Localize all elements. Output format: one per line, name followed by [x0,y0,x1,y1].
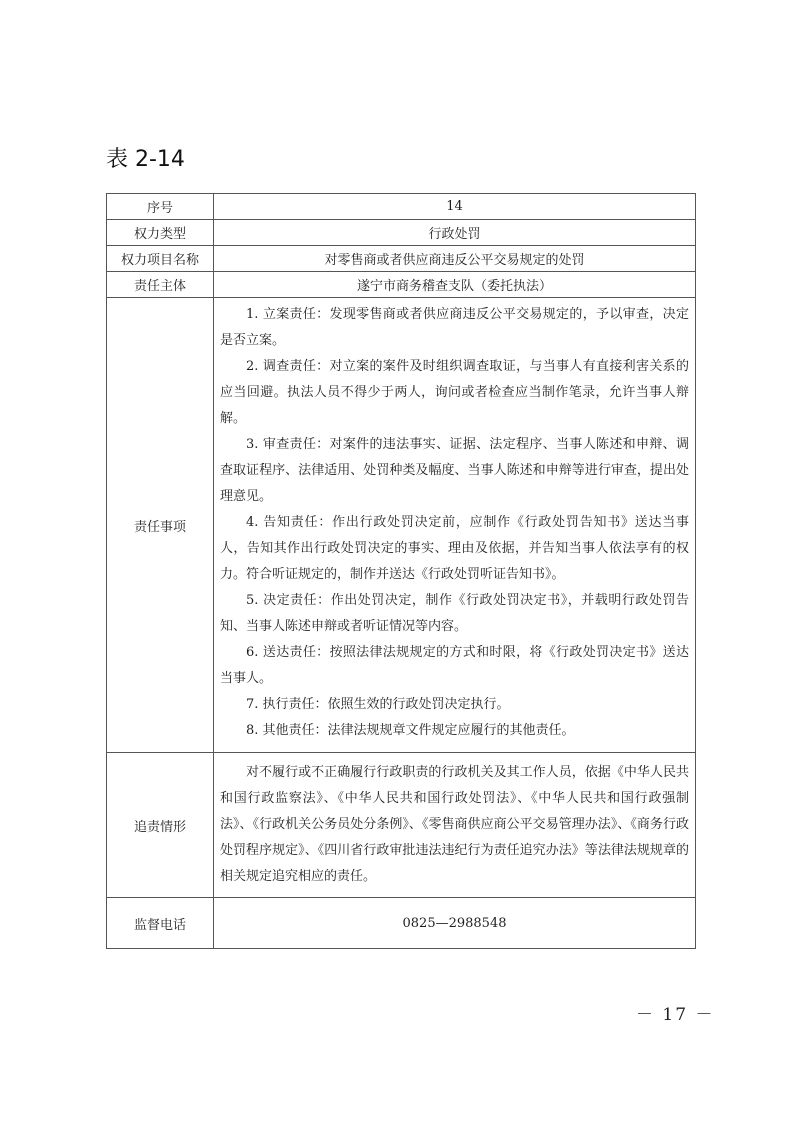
power-item-name-value: 对零售商或者供应商违反公平交易规定的处罚 [214,246,696,272]
table-caption: 表 2-14 [106,142,185,173]
table-row-responsibilities: 责任事项 1. 立案责任：发现零售商或者供应商违反公平交易规定的，予以审查，决定… [107,298,696,753]
responsibility-item: 2. 调查责任：对立案的案件及时组织调查取证，与当事人有直接利害关系的应当回避。… [220,354,689,432]
responsibility-item: 7. 执行责任：依照生效的行政处罚决定执行。 [220,692,689,718]
table-row-accountability: 追责情形 对不履行或不正确履行行政职责的行政机关及其工作人员，依据《中华人民共和… [107,753,696,898]
responsibility-item: 1. 立案责任：发现零售商或者供应商违反公平交易规定的，予以审查，决定是否立案。 [220,302,689,354]
responsibility-item: 8. 其他责任：法律法规规章文件规定应履行的其他责任。 [220,718,689,744]
row-label: 责任主体 [107,272,214,298]
row-label: 追责情形 [107,753,214,898]
page-number: － 17 － [636,1000,714,1025]
serial-value: 14 [214,194,696,220]
table-row-power-item-name: 权力项目名称 对零售商或者供应商违反公平交易规定的处罚 [107,246,696,272]
table-row-supervision-phone: 监督电话 0825—2988548 [107,898,696,949]
responsibility-item: 4. 告知责任：作出行政处罚决定前，应制作《行政处罚告知书》送达当事人，告知其作… [220,510,689,588]
table-row-power-type: 权力类型 行政处罚 [107,220,696,246]
row-label: 权力类型 [107,220,214,246]
responsibility-item: 3. 审查责任：对案件的违法事实、证据、法定程序、当事人陈述和申辩、调查取证程序… [220,432,689,510]
supervision-phone-value: 0825—2988548 [214,898,696,949]
power-type-value: 行政处罚 [214,220,696,246]
accountability-text: 对不履行或不正确履行行政职责的行政机关及其工作人员，依据《中华人民共和国行政监察… [220,760,689,890]
accountability-cell: 对不履行或不正确履行行政职责的行政机关及其工作人员，依据《中华人民共和国行政监察… [214,753,696,898]
responsibilities-list: 1. 立案责任：发现零售商或者供应商违反公平交易规定的，予以审查，决定是否立案。… [214,298,696,753]
responsibility-item: 5. 决定责任：作出处罚决定，制作《行政处罚决定书》，并载明行政处罚告知、当事人… [220,588,689,640]
table-row-serial: 序号 14 [107,194,696,220]
row-label: 监督电话 [107,898,214,949]
row-label: 序号 [107,194,214,220]
row-label: 权力项目名称 [107,246,214,272]
responsibility-item: 6. 送达责任：按照法律法规规定的方式和时限，将《行政处罚决定书》送达当事人。 [220,640,689,692]
responsibility-table: 序号 14 权力类型 行政处罚 权力项目名称 对零售商或者供应商违反公平交易规定… [106,193,696,949]
table-row-responsible-subject: 责任主体 遂宁市商务稽查支队（委托执法） [107,272,696,298]
row-label: 责任事项 [107,298,214,753]
responsible-subject-value: 遂宁市商务稽查支队（委托执法） [214,272,696,298]
